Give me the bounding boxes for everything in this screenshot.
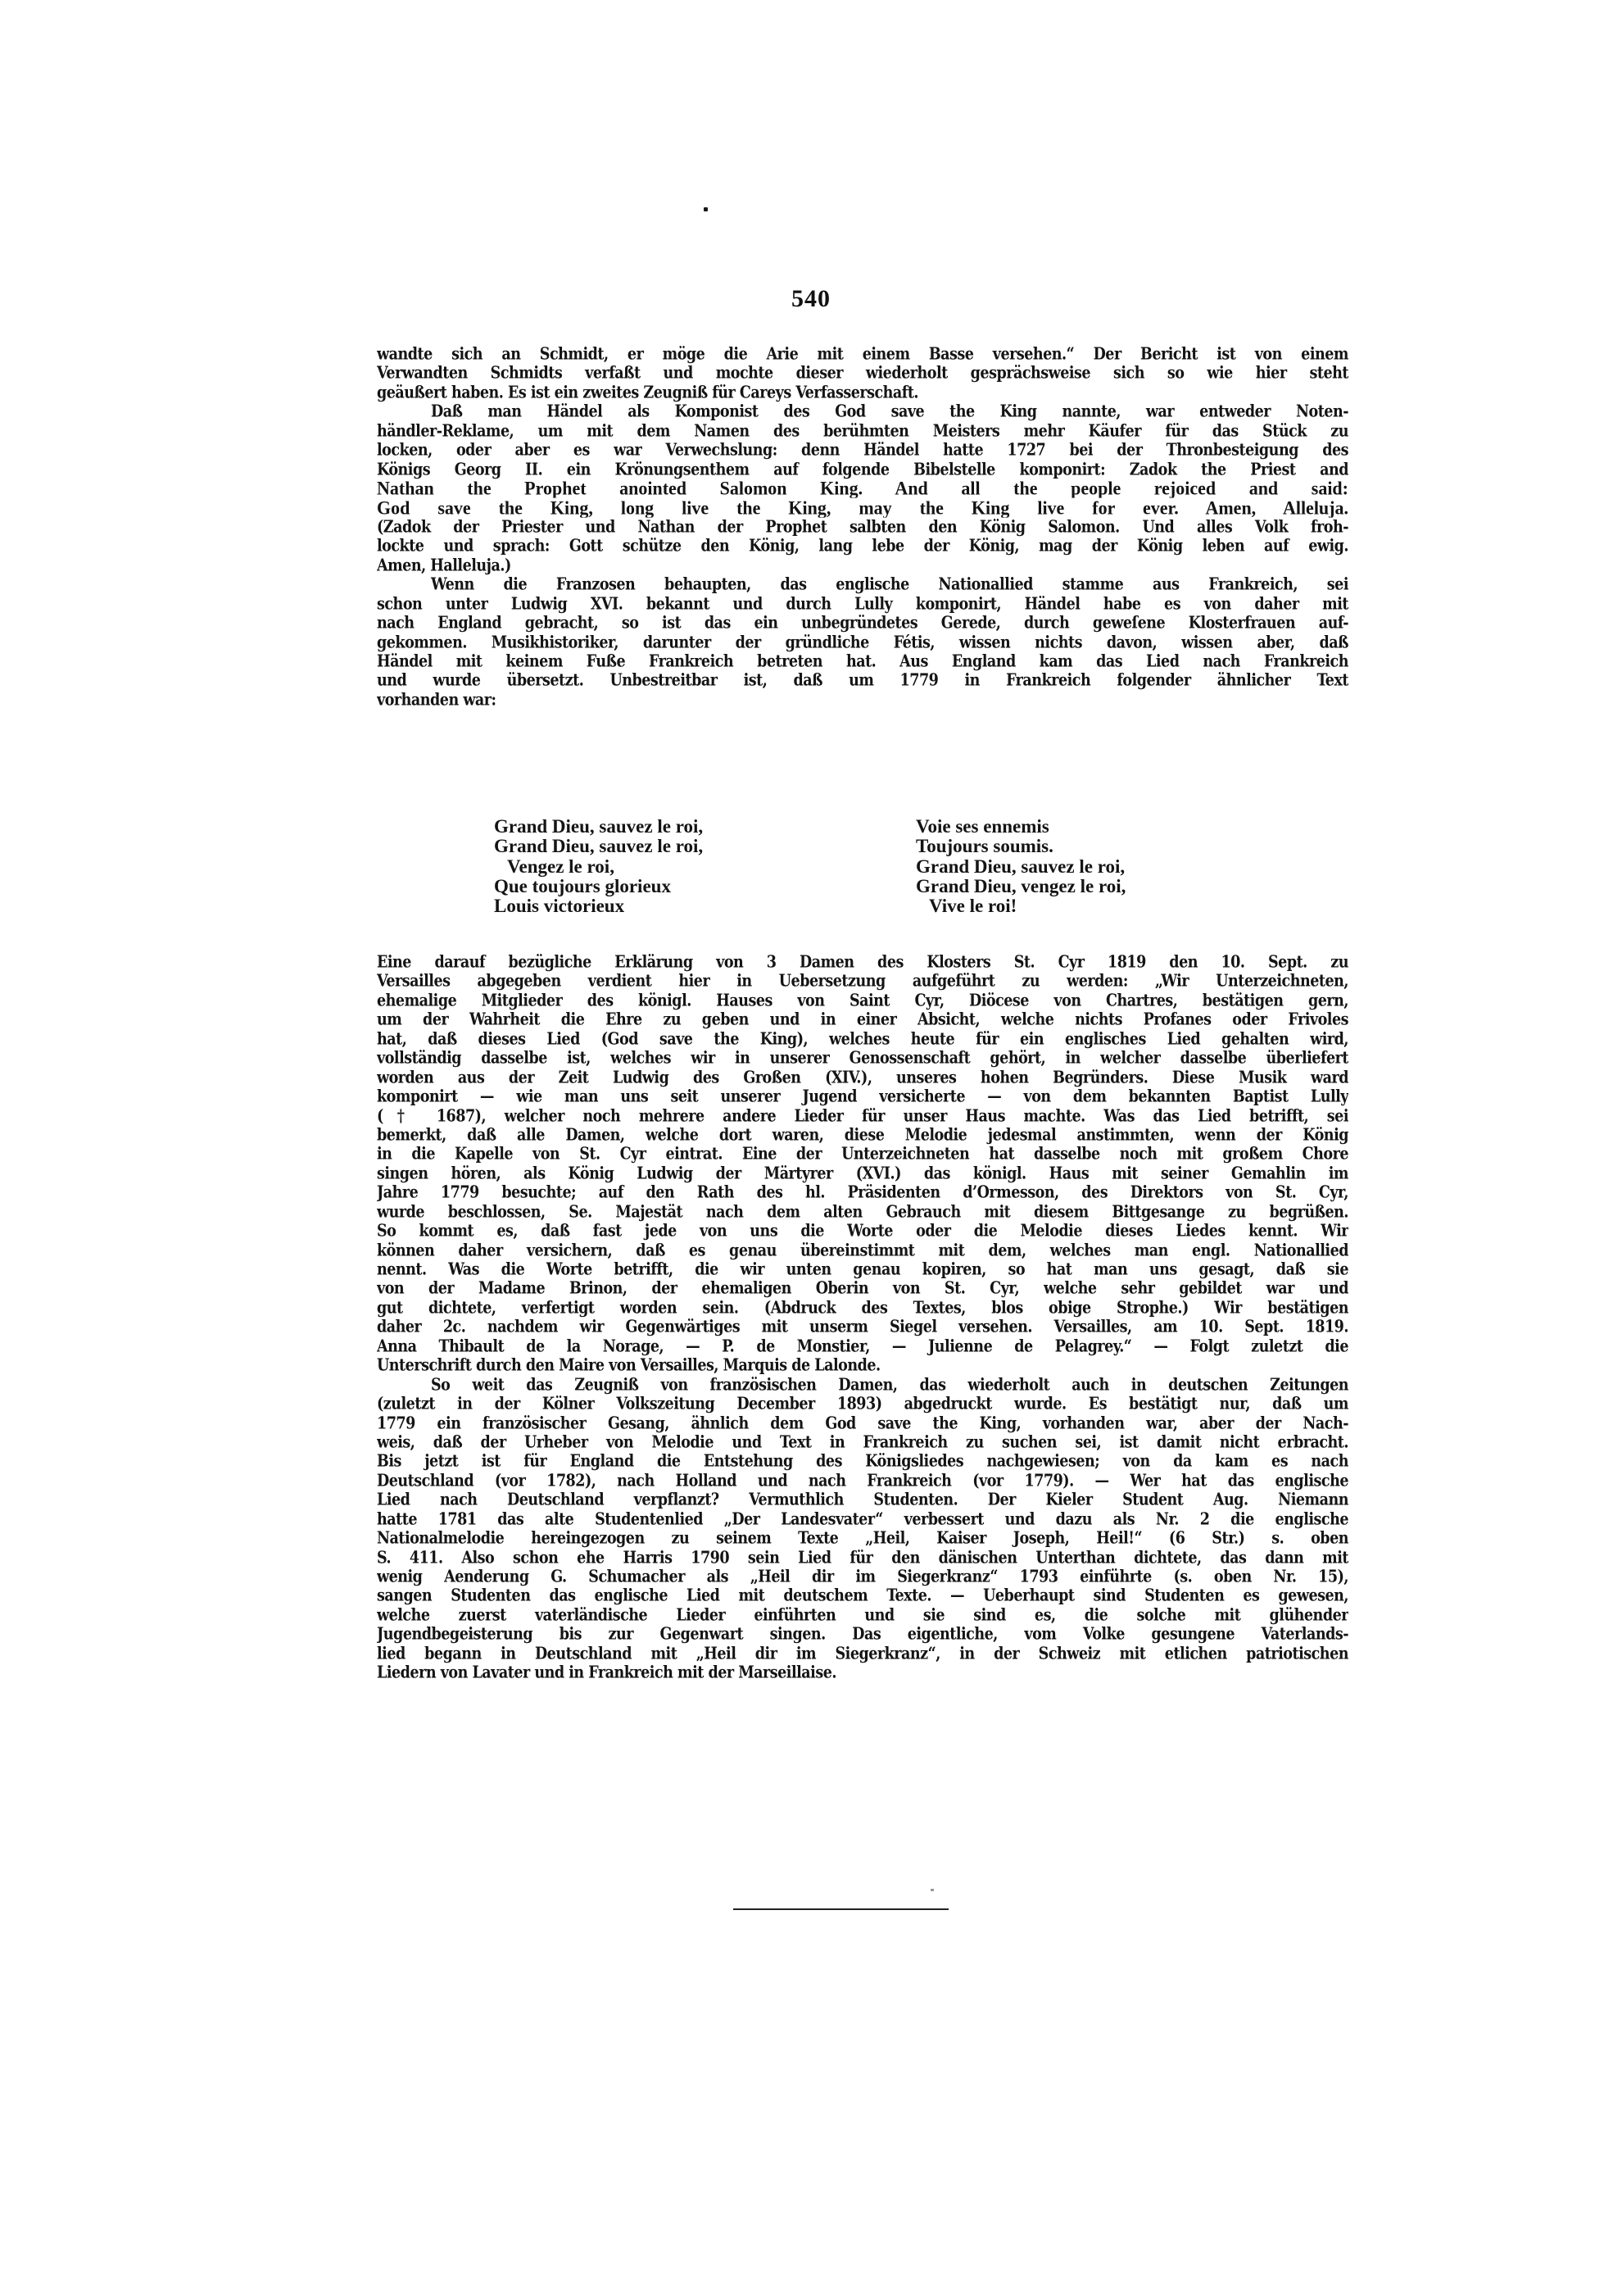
verse-line: Que toujours glorieux (494, 877, 703, 896)
text-line: gekommen. Musikhistoriker, darunter der … (377, 632, 1348, 652)
section-separator-rule (733, 1908, 949, 1910)
text-line: Liedern von Lavater und in Frankreich mi… (377, 1663, 1348, 1683)
text-line: Nationalmelodie hereingezogen zu seinem … (377, 1528, 1348, 1549)
text-line: lied begann in Deutschland mit „Heil dir… (377, 1643, 1348, 1663)
text-line: ehemalige Mitglieder des königl. Hauses … (377, 990, 1348, 1010)
text-line: 1779 ein französischer Gesang, ähnlich d… (377, 1413, 1348, 1433)
text-line: Händel mit keinem Fuße Frankreich betret… (377, 651, 1348, 671)
verse-column-left: Grand Dieu, sauvez le roi,Grand Dieu, sa… (494, 817, 703, 916)
text-block-after-verse: Eine darauf bezügliche Erklärung von 3 D… (377, 952, 1348, 1682)
text-line: hat, daß dieses Lied (God save the King)… (377, 1028, 1348, 1049)
text-line: wenig Aenderung G. Schumacher als „Heil … (377, 1566, 1348, 1586)
text-line: († 1687), welcher noch mehrere andere Li… (377, 1105, 1348, 1126)
text-line: singen hören, als König Ludwig der Märty… (377, 1163, 1348, 1183)
text-line: in die Kapelle von St. Cyr eintrat. Eine… (377, 1144, 1348, 1164)
verse-line: Toujours soumis. (916, 837, 1126, 856)
text-line: Amen, Halleluja.) (377, 555, 1348, 575)
text-line: lockte und sprach: Gott schütze den Köni… (377, 536, 1348, 556)
text-line: Anna Thibault de la Norage, — P. de Mons… (377, 1336, 1348, 1356)
text-line: Nathan the Prophet anointed Salomon King… (377, 478, 1348, 498)
text-line: wurde beschlossen, Se. Majestät nach dem… (377, 1201, 1348, 1222)
text-line: weis, daß der Urheber von Melodie und Te… (377, 1432, 1348, 1452)
text-line: welche zuerst vaterländische Lieder einf… (377, 1604, 1348, 1625)
text-block-before-verse: wandte sich an Schmidt, er möge die Arie… (377, 344, 1348, 709)
french-verse: Grand Dieu, sauvez le roi,Grand Dieu, sa… (494, 817, 1313, 923)
text-line: Jahre 1779 besuchte; auf den Rath des hl… (377, 1182, 1348, 1203)
scan-smudge (931, 1889, 934, 1891)
verse-line: Grand Dieu, vengez le roi, (916, 877, 1126, 896)
text-line: locken, oder aber es war Verwechslung: d… (377, 440, 1348, 461)
text-line: um der Wahrheit die Ehre zu geben und in… (377, 1010, 1348, 1030)
text-line: geäußert haben. Es ist ein zweites Zeugn… (377, 382, 1348, 402)
text-line: können daher versichern, daß es genau üb… (377, 1240, 1348, 1260)
text-line: Lied nach Deutschland verpflanzt? Vermut… (377, 1490, 1348, 1510)
text-line: gut dichtete, verfertigt worden sein. (A… (377, 1297, 1348, 1318)
text-line: nennt. Was die Worte betrifft, die wir u… (377, 1259, 1348, 1279)
text-line: schon unter Ludwig XVI. bekannt und durc… (377, 593, 1348, 614)
verse-line: Vive le roi! (916, 896, 1126, 916)
text-line: Versailles abgegeben verdient hier in Ue… (377, 971, 1348, 991)
text-line: God save the King, long live the King, m… (377, 497, 1348, 518)
text-line: nach England gebracht, so ist das ein un… (377, 613, 1348, 633)
verse-line: Vengez le roi, (494, 857, 703, 877)
text-line: Verwandten Schmidts verfaßt und mochte d… (377, 363, 1348, 383)
text-line: und wurde übersetzt. Unbestreitbar ist, … (377, 670, 1348, 691)
text-line: Deutschland (vor 1782), nach Holland und… (377, 1470, 1348, 1491)
text-line: Bis jetzt ist für England die Entstehung… (377, 1451, 1348, 1472)
text-line: worden aus der Zeit Ludwig des Großen (X… (377, 1067, 1348, 1087)
text-line: sangen Studenten das englische Lied mit … (377, 1586, 1348, 1606)
text-line: So weit das Zeugniß von französischen Da… (377, 1374, 1348, 1395)
page-number: 540 (0, 285, 1622, 313)
text-line: Unterschrift durch den Maire von Versail… (377, 1355, 1348, 1376)
text-line: Daß man Händel als Komponist des God sav… (377, 402, 1348, 422)
text-line: Eine darauf bezügliche Erklärung von 3 D… (377, 951, 1348, 972)
verse-line: Voie ses ennemis (916, 817, 1126, 837)
text-line: Jugendbegeisterung bis zur Gegenwart sin… (377, 1624, 1348, 1645)
text-line: bemerkt, daß alle Damen, welche dort war… (377, 1124, 1348, 1145)
text-line: komponirt — wie man uns seit unserer Jug… (377, 1086, 1348, 1106)
text-line: (Zadok der Priester und Nathan der Proph… (377, 516, 1348, 537)
verse-line: Grand Dieu, sauvez le roi, (494, 837, 703, 856)
text-line: wandte sich an Schmidt, er möge die Arie… (377, 343, 1348, 364)
text-line: hatte 1781 das alte Studentenlied „Der L… (377, 1509, 1348, 1529)
verse-line: Louis victorieux (494, 896, 703, 916)
text-line: händler-Reklame, um mit dem Namen des be… (377, 420, 1348, 441)
scan-speck (704, 207, 708, 211)
text-line: daher 2c. nachdem wir Gegenwärtiges mit … (377, 1317, 1348, 1337)
text-line: So kommt es, daß fast jede von uns die W… (377, 1221, 1348, 1241)
verse-column-right: Voie ses ennemisToujours soumis.Grand Di… (916, 817, 1126, 916)
text-line: Königs Georg II. ein Krönungsenthem auf … (377, 459, 1348, 479)
text-line: (zuletzt in der Kölner Volkszeitung Dece… (377, 1393, 1348, 1413)
verse-line: Grand Dieu, sauvez le roi, (494, 817, 703, 837)
text-line: von der Madame Brinon, der ehemaligen Ob… (377, 1278, 1348, 1299)
text-line: S. 411. Also schon ehe Harris 1790 sein … (377, 1547, 1348, 1568)
text-line: vorhanden war: (377, 689, 1348, 710)
text-line: Wenn die Franzosen behaupten, das englis… (377, 574, 1348, 595)
verse-line: Grand Dieu, sauvez le roi, (916, 857, 1126, 877)
text-line: vollständig dasselbe ist, welches wir in… (377, 1048, 1348, 1069)
